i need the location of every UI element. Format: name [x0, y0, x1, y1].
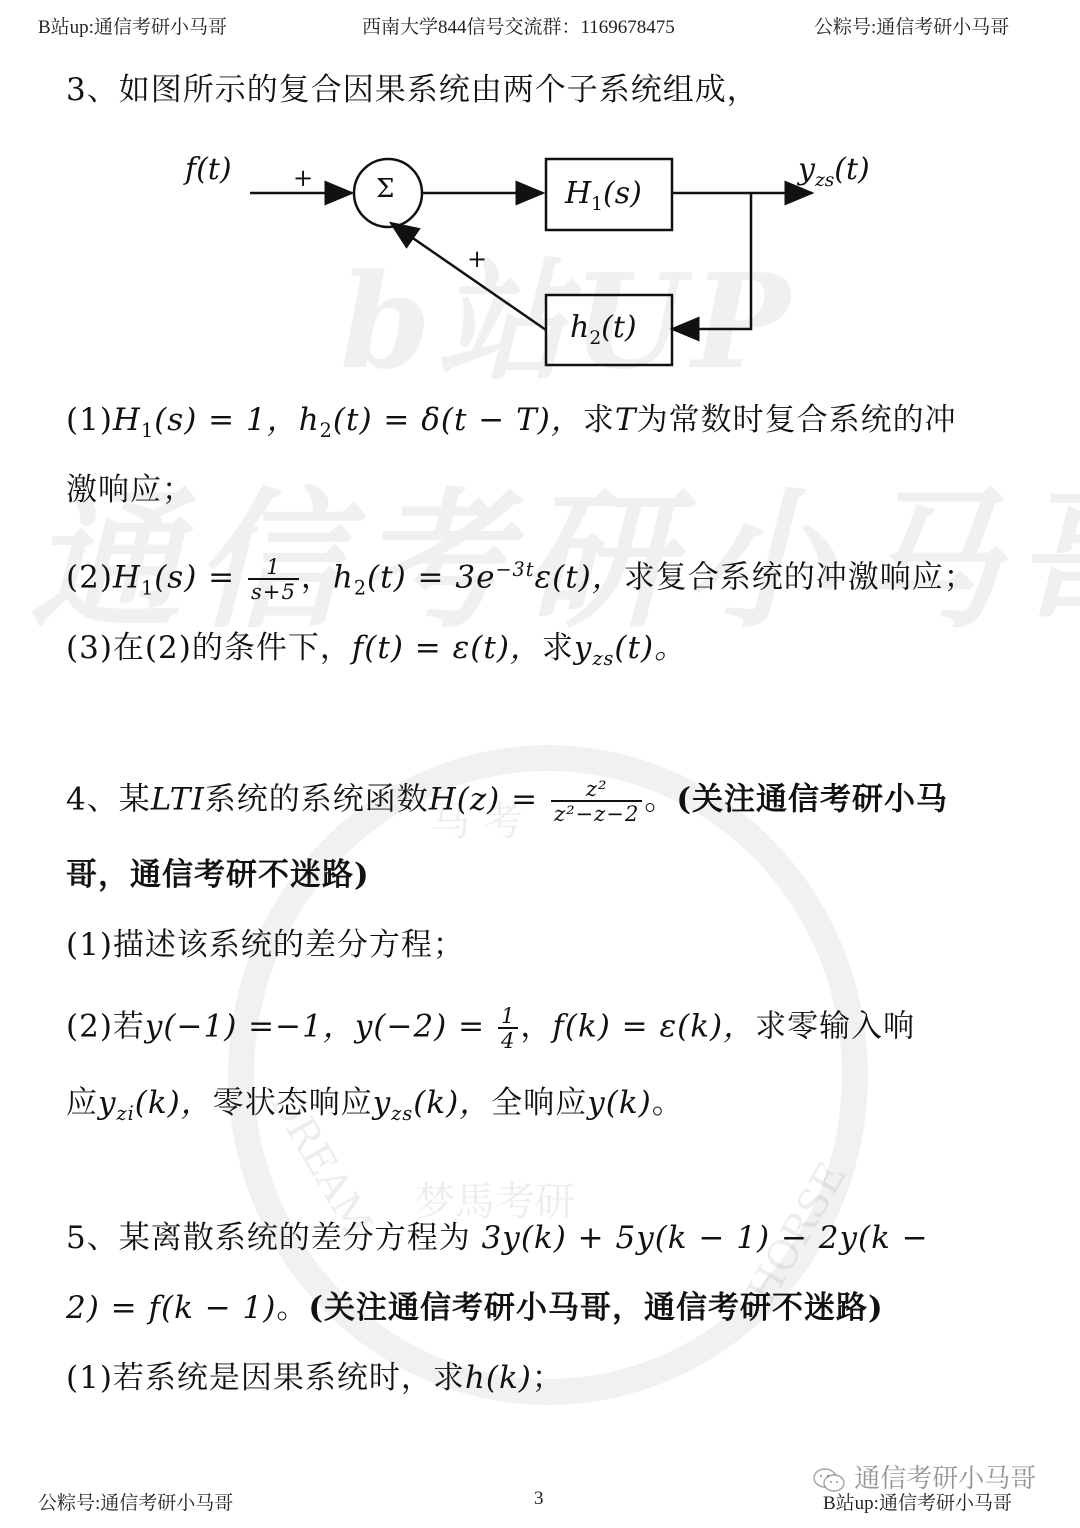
- forward-block-label: H1(s): [565, 176, 642, 215]
- feedback-block-label: h2(t): [570, 310, 637, 349]
- block-diagram: f(t) + Σ H1(s) h2(t) + yzs(t): [160, 140, 910, 380]
- q3-part1-line1: (1)H1(s) = 1，h2(t) = δ(t − T)，求T为常数时复合系统…: [66, 400, 957, 451]
- input-label: f(t): [185, 152, 232, 187]
- q3-part2: (2)H1(s) = 1s+5，h2(t) = 3e−3tε(t)，求复合系统的…: [66, 550, 976, 609]
- q3-intro: 3、如图所示的复合因果系统由两个子系统组成，: [66, 70, 759, 110]
- q4-line2: 哥，通信考研不迷路): [66, 855, 370, 895]
- q5-part1: (1)若系统是因果系统时，求h(k)；: [66, 1358, 564, 1398]
- input-plus-sign: +: [293, 164, 313, 192]
- q3-part3: (3)在(2)的条件下，f(t) = ε(t)，求yzs(t)。: [66, 628, 686, 679]
- q3-part1-line2: 激响应；: [66, 470, 194, 510]
- header-left-text: B站up:通信考研小马哥: [38, 12, 227, 39]
- page-number: 3: [534, 1488, 544, 1510]
- sum-symbol: Σ: [376, 174, 394, 204]
- footer-left-text: 公粽号:通信考研小马哥: [38, 1488, 233, 1515]
- q4-line1: 4、某LTI系统的系统函数H(z) = z²z²−z−2。(关注通信考研小马: [66, 777, 948, 825]
- q5-line2: 2) = f(k − 1)。(关注通信考研小马哥，通信考研不迷路): [66, 1288, 884, 1328]
- q5-line1: 5、某离散系统的差分方程为 3y(k) + 5y(k − 1) − 2y(k −: [66, 1218, 929, 1258]
- page-footer: 公粽号:通信考研小马哥 3 B站up:通信考研小马哥: [0, 1488, 1080, 1518]
- output-label: yzs(t): [798, 152, 870, 191]
- footer-right-text: B站up:通信考研小马哥: [823, 1488, 1012, 1515]
- header-right-text: 公粽号:通信考研小马哥: [814, 12, 1009, 39]
- q4-part2-line2: 应yzi(k)，零状态响应yzs(k)，全响应y(k)。: [66, 1083, 684, 1134]
- fraction: z²z²−z−2: [551, 777, 642, 825]
- fraction: 1s+5: [248, 555, 299, 603]
- header-center-text: 西南大学844信号交流群：1169678475: [362, 12, 675, 39]
- q4-part1: (1)描述该系统的差分方程；: [66, 925, 465, 965]
- fraction: 14: [498, 1004, 518, 1052]
- page-header: B站up:通信考研小马哥 西南大学844信号交流群：1169678475 公粽号…: [0, 12, 1080, 42]
- q4-part2-line1: (2)若y(−1) =−1，y(−2) = 14，f(k) = ε(k)，求零输…: [66, 1004, 915, 1052]
- feedback-plus-sign: +: [467, 245, 487, 273]
